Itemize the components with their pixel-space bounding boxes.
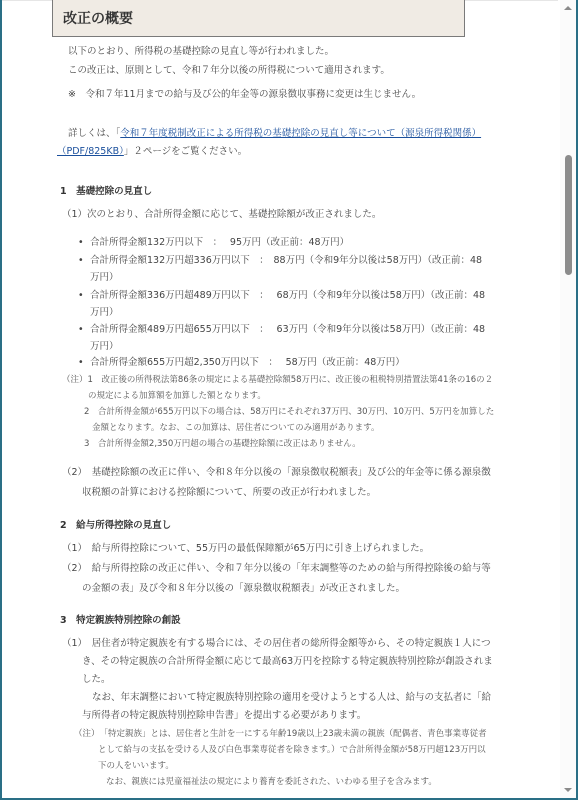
scroll-up-arrow-icon[interactable] [564,6,572,10]
intro-line-2: この改正は、原則として、令和７年分以後の所得税について適用されます。 [68,62,390,80]
note-2-line-2: 金額となります。なお、この加算は、居住者についてのみ適用があります。 [92,421,379,436]
bullet-item-2: 合計所得金額132万円超336万円以下 ： 88万円（令和9年分以後は58万円）… [90,252,482,269]
pdf-link[interactable]: 令和７年度税制改正による所得税の基礎控除の見直し等について（源泉所得税関係） [120,128,481,139]
section-header-box: 改正の概要 [52,0,465,37]
bullet-item-5: 合計所得金額655万円超2,350万円以下 ： 58万円（改正前：48万円） [90,354,405,371]
section2-heading: 2 給与所得控除の見直し [60,517,171,535]
section1-item2-line-1: （2） 基礎控除額の改正に伴い、令和８年分以後の「源泉徴収税額表」及び公的年金等… [62,464,491,482]
note-1-line-1: （注）1 改正後の所得税法第86条の規定による基礎控除額58万円に、改正後の租税… [62,373,493,388]
section3-note-line-2: として給与の支払を受ける人及び白色事業専従者を除きます。）で合計所得金額が58万… [98,743,486,758]
details-line-2: （PDF/825KB）」２ページをご覧ください。 [57,143,247,161]
details-prefix: 詳しくは、「 [68,128,120,139]
bullet-item-3-cont: 万円） [90,304,119,321]
section3-item1-line-5: 与所得者の特定親族特別控除申告書」を提出する必要があります。 [82,707,366,725]
bullet-item-4-cont: 万円） [90,338,119,355]
intro-note: ※ 令和７年11月までの給与及び公的年金等の源泉徴収事務に変更は生じません。 [68,86,421,104]
section2-item1: （1） 給与所得控除について、55万円の最低保障額が65万円に引き上げられました… [62,540,429,558]
section2-item2-line-1: （2） 給与所得控除の改正に伴い、令和７年分以後の「年末調整等のための給与所得控… [62,560,491,578]
section3-item1-line-3: した。 [82,671,111,689]
section1-item2-line-2: 収税額の計算における控除額について、所要の改正が行われました。 [82,484,376,502]
section3-note-line-3: 下の人をいいます。 [98,759,174,774]
section3-heading: 3 特定親族特別控除の創設 [60,612,181,630]
vertical-scrollbar[interactable] [560,0,576,798]
details-suffix: 」２ページをご覧ください。 [124,146,247,157]
section3-note-line-1: （注） 「特定親族」とは、居住者と生計を一にする年齢19歳以上23歳未満の親族（… [74,727,487,742]
bullet-item-4: 合計所得金額489万円超655万円以下 ： 63万円（令和9年分以後は58万円）… [90,321,485,338]
section1-item1: （1）次のとおり、合計所得金額に応じて、基礎控除額が改正されました。 [62,206,381,224]
section2-item2-line-2: の金額の表」及び令和８年分以後の「源泉徴収税額表」が改正されました。 [82,580,405,598]
window-border-left [0,0,2,800]
intro-line-1: 以下のとおり、所得税の基礎控除の見直し等が行われました。 [68,43,334,61]
bullet-item-2-cont: 万円） [90,269,119,286]
scroll-thumb[interactable] [565,155,572,275]
note-1-line-2: の規定による加算額を加算した額となります。 [88,389,266,404]
section3-item1-line-4: なお、年末調整において特定親族特別控除の適用を受けようとする人は、給与の支払者に… [92,689,491,707]
section3-item1-line-1: （1） 居住者が特定親族を有する場合には、その居住者の総所得金額等から、その特定… [62,635,491,653]
details-line: 詳しくは、「令和７年度税制改正による所得税の基礎控除の見直し等について（源泉所得… [68,125,528,143]
section3-note-line-4: なお、親族には児童福祉法の規定により養育を委託された、いわゆる里子を含みます。 [106,775,437,790]
pdf-link-size[interactable]: （PDF/825KB） [57,146,124,157]
page-title: 改正の概要 [52,0,465,37]
bullet-item-3: 合計所得金額336万円超489万円以下 ： 68万円（令和9年分以後は58万円）… [90,287,485,304]
section1-heading: 1 基礎控除の見直し [60,183,152,201]
section3-item1-line-2: き、その特定親族の合計所得金額に応じて最高63万円を控除する特定親族特別控除が創… [82,653,493,671]
scroll-down-arrow-icon[interactable] [564,788,572,792]
note-3: 3 合計所得金額2,350万円超の場合の基礎控除額に改正はありません。 [84,437,361,452]
bullet-item-1: 合計所得金額132万円以下 ： 95万円（改正前：48万円） [90,234,349,251]
note-2-line-1: 2 合計所得金額が655万円以下の場合は、58万円にそれぞれ37万円、30万円、… [84,405,494,420]
